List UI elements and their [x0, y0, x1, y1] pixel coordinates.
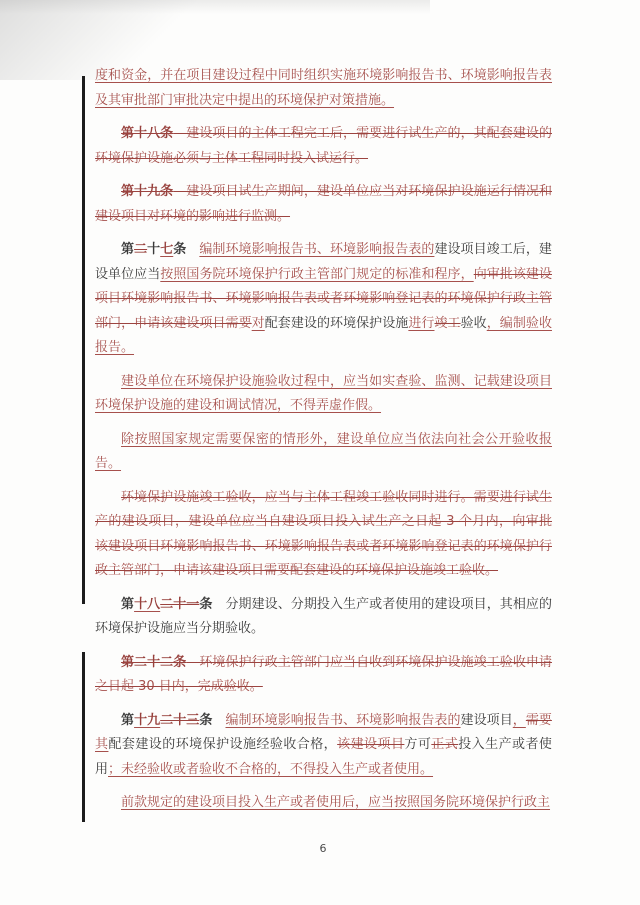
- text-run-ins: 十九: [134, 713, 160, 728]
- text-run-normal: [186, 242, 199, 257]
- text-run-del: 二十三: [160, 713, 199, 728]
- paragraph: 度和资金，并在项目建设过程中同时组织实施环境影响报告书、环境影响报告表及其审批部…: [95, 64, 552, 113]
- text-run-ins: 按照国务院环境保护行政主管部门规定的标准和程序，: [160, 267, 473, 282]
- tracked-changes-bar-upper: [82, 76, 85, 604]
- text-run-del: 正式: [431, 737, 458, 752]
- tracked-changes-bar-lower: [82, 652, 85, 822]
- text-run-normal: 配套建设的环境保护设施经验收合格，: [108, 737, 337, 752]
- text-run-del: 需要: [526, 713, 552, 728]
- text-run-ins: 七: [160, 242, 173, 257]
- text-run-normal: 十: [147, 242, 160, 257]
- text-run-ins: 其: [95, 737, 108, 752]
- document-content: 度和资金，并在项目建设过程中同时组织实施环境影响报告书、环境影响报告表及其审批部…: [95, 64, 552, 825]
- paragraph: 第二十七条 编制环境影响报告书、环境影响报告表的建设项目竣工后，建设单位应当按照…: [95, 238, 552, 361]
- text-run-del: 第十九条: [121, 184, 173, 199]
- paragraph: 除按照国家规定需要保密的情形外，建设单位应当依法向社会公开验收报告。: [95, 428, 552, 477]
- text-run-normal: 验收: [461, 316, 487, 331]
- text-run-ins: ，: [513, 713, 526, 728]
- text-run-ins: 除按照国家规定需要保密的情形外，建设单位应当依法向社会公开验收报告。: [95, 432, 552, 472]
- paragraph: 环境保护设施竣工验收，应当与主体工程竣工验收同时进行。需要进行试生产的建设项目，…: [95, 486, 552, 584]
- page-number: 6: [320, 842, 327, 855]
- text-run-normal: 条: [173, 242, 186, 257]
- text-run-normal: 配套建设的环境保护设施: [265, 316, 409, 331]
- document-page: 度和资金，并在项目建设过程中同时组织实施环境影响报告书、环境影响报告表及其审批部…: [0, 0, 640, 905]
- text-run-ins: 前款规定的建设项目投入生产或者使用后，应当按照国务院环境保护行政主: [121, 795, 550, 810]
- text-run-normal: [212, 713, 225, 728]
- text-run-del: 该建设项目: [337, 737, 404, 752]
- text-run-normal: 建设项目: [461, 713, 513, 728]
- text-run-ins: 编制环境影响报告书、环境影响报告表的: [226, 713, 461, 728]
- text-run-normal: 第: [121, 242, 134, 257]
- paragraph: 第二十二条 环境保护行政主管部门应当自收到环境保护设施竣工验收申请之日起 30 …: [95, 651, 552, 700]
- text-run-normal: 第: [121, 597, 134, 612]
- paragraph: 第十八条 建设项目的主体工程完工后，需要进行试生产的，其配套建设的环境保护设施必…: [95, 122, 552, 171]
- text-run-normal: 条: [199, 713, 212, 728]
- text-run-normal: 第: [121, 713, 134, 728]
- text-run-del: 第二十二条: [121, 655, 186, 670]
- text-run-ins: 对: [252, 316, 265, 331]
- text-run-del: 二十一: [160, 597, 199, 612]
- text-run-del: 竣工: [434, 316, 460, 331]
- paragraph: 第十九二十三条 编制环境影响报告书、环境影响报告表的建设项目，需要其配套建设的环…: [95, 709, 552, 783]
- text-run-ins: 编制环境影响报告书、环境影响报告表的: [199, 242, 434, 257]
- scan-shading-top: [0, 0, 430, 14]
- text-run-del: 二: [134, 242, 147, 257]
- paragraph: 第十九条 建设项目试生产期间，建设单位应当对环境保护设施运行情况和建设项目对环境…: [95, 180, 552, 229]
- text-run-ins: ；未经验收或者验收不合格的，不得投入生产或者使用。: [108, 762, 433, 777]
- text-run-normal: 方可: [404, 737, 431, 752]
- paragraph: 第十八二十一条 分期建设、分期投入生产或者使用的建设项目，其相应的环境保护设施应…: [95, 593, 552, 642]
- text-run-del: 环境保护设施竣工验收，应当与主体工程竣工验收同时进行。需要进行试生产的建设项目，…: [95, 490, 552, 579]
- text-run-del: 第十八条: [121, 126, 173, 141]
- text-run-ins: 十八: [134, 597, 160, 612]
- text-run-normal: 条: [199, 597, 212, 612]
- text-run-ins: 度和资金，并在项目建设过程中同时组织实施环境影响报告书、环境影响报告表及其审批部…: [95, 68, 552, 108]
- text-run-ins: 建设单位在环境保护设施验收过程中，应当如实查验、监测、记载建设项目环境保护设施的…: [95, 374, 552, 414]
- text-run-ins: 进行: [408, 316, 434, 331]
- paragraph: 前款规定的建设项目投入生产或者使用后，应当按照国务院环境保护行政主: [95, 791, 552, 816]
- paragraph: 建设单位在环境保护设施验收过程中，应当如实查验、监测、记载建设项目环境保护设施的…: [95, 370, 552, 419]
